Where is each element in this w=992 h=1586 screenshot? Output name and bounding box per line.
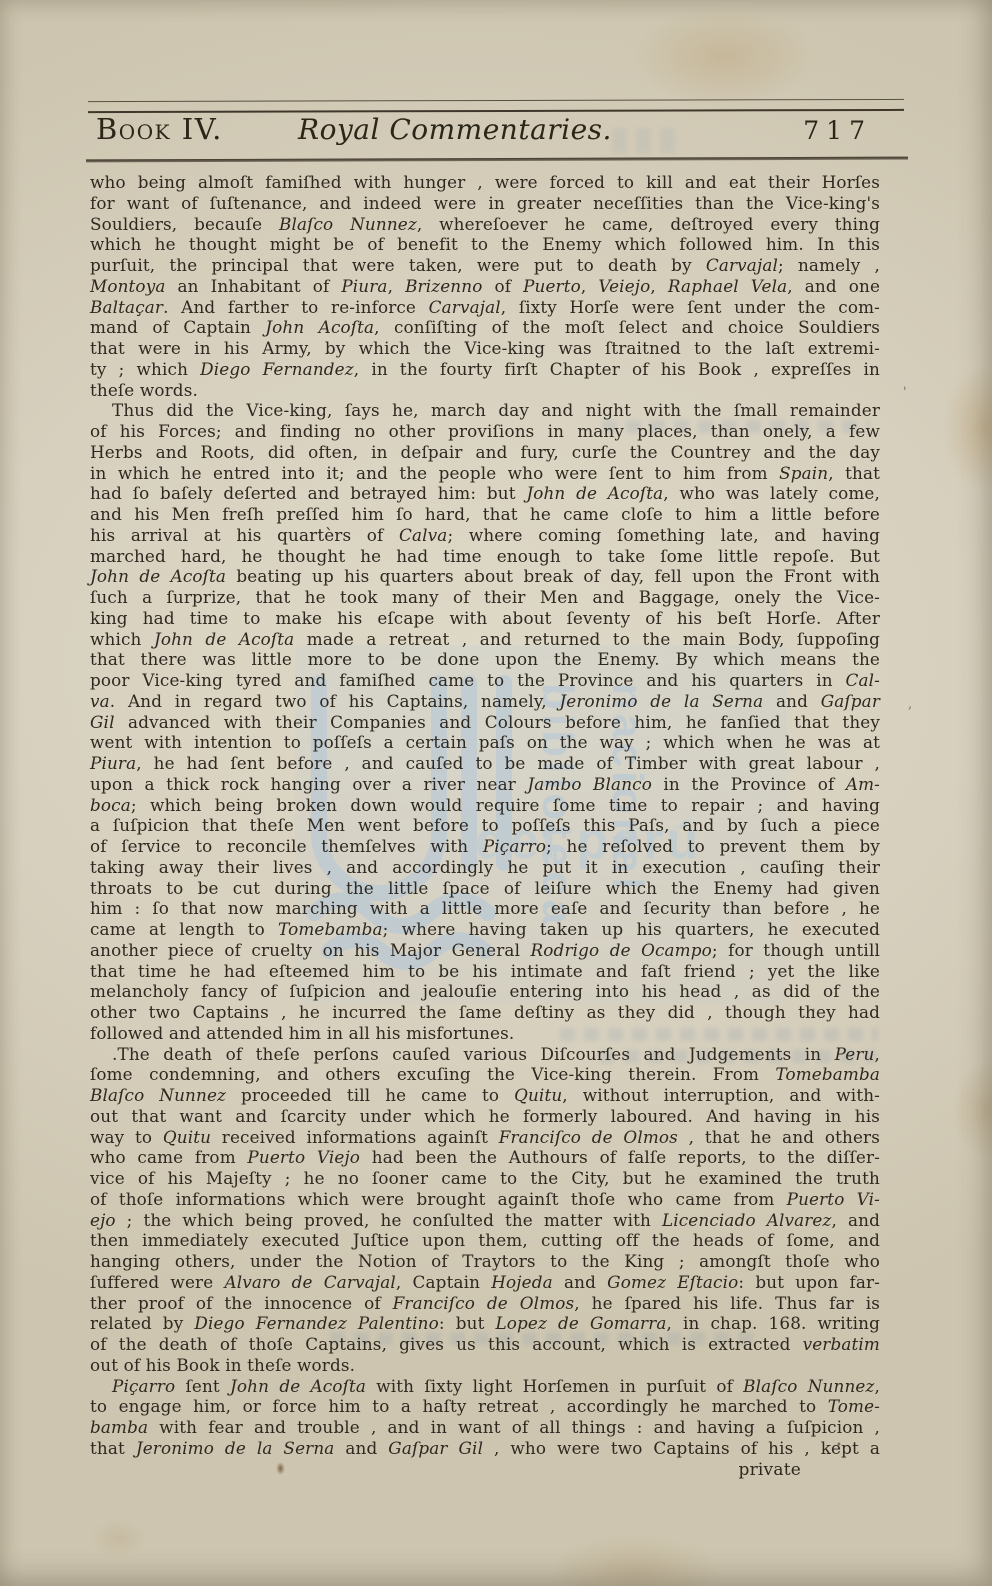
text-line: of ſervice to reconcile themſelves with …	[90, 836, 880, 857]
italic-text-run: Tome-	[828, 1396, 880, 1416]
italic-text-run: Piçarro	[483, 836, 546, 856]
italic-text-run: Hojeda	[491, 1272, 553, 1292]
text-run: who being almoſt famiſhed with hunger , …	[90, 172, 880, 192]
italic-text-run: Alvaro de Carvajal	[224, 1272, 395, 1292]
italic-text-run: Gaſpar	[821, 691, 880, 711]
text-line: for want of ſuſtenance, and indeed were …	[90, 193, 880, 214]
text-line: marched hard, he thought he had time eno…	[90, 546, 880, 567]
italic-text-run: Franciſco de Olmos	[499, 1127, 678, 1147]
italic-text-run: Carvajal	[429, 297, 501, 317]
book-label: Book IV.	[88, 112, 223, 146]
text-run: hanging others, under the Notion of Tray…	[90, 1251, 880, 1271]
text-run: other two Captains , he incurred the ſam…	[90, 1002, 880, 1022]
text-run: theſe words.	[90, 380, 198, 400]
text-run: , conſiſting of the moſt ſelect and choi…	[374, 317, 880, 337]
text-line: Herbs and Roots, did often, in deſpair a…	[90, 442, 880, 463]
text-run: , he had ſent before , and cauſed to be …	[136, 753, 880, 773]
italic-text-run: Lopez de Gomarra	[495, 1313, 666, 1333]
text-line: then immediately executed Juſtice upon t…	[90, 1230, 880, 1251]
text-line: vice of his Majeſty ; he no ſooner came …	[90, 1168, 880, 1189]
italic-text-run: John de Acoſta	[230, 1376, 366, 1396]
italic-text-run: Brizenno	[405, 276, 482, 296]
text-run: , and one	[787, 276, 880, 296]
paragraph: .The death of theſe perſons cauſed vario…	[90, 1044, 880, 1376]
italic-text-run: John de Acoſta	[154, 629, 294, 649]
text-run: : but	[439, 1313, 496, 1333]
text-line: Blaſco Nunnez proceeded till he came to …	[90, 1085, 880, 1106]
text-line: to engage him, or force him to a haſty r…	[90, 1396, 880, 1417]
text-line: Baltaçar. And farther to re-inforce Carv…	[90, 297, 880, 318]
text-run: , Captain	[396, 1272, 491, 1292]
italic-text-run: Carvajal	[706, 255, 778, 275]
italic-text-run: Gomez Eſtacio	[607, 1272, 738, 1292]
text-line: boca; which being broken down would requ…	[90, 795, 880, 816]
italic-text-run: John Acoſta	[265, 317, 374, 337]
text-run: ,	[388, 276, 405, 296]
italic-text-run: Jeronimo de la Serna	[559, 691, 763, 711]
text-run: way to	[90, 1127, 163, 1147]
text-run: of	[482, 276, 523, 296]
text-run: followed and attended him in all his mis…	[90, 1023, 514, 1043]
text-run: throats to be cut during the little ſpac…	[90, 878, 880, 898]
text-run: ; where having taken up his quarters, he…	[383, 919, 880, 939]
ink-speck: '	[812, 1008, 816, 1021]
text-run: , ſixty Horſe were ſent under the com-	[501, 297, 880, 317]
text-line: Souldiers, becauſe Blaſco Nunnez, whereſ…	[90, 214, 880, 235]
text-run: which he thought might be of benefit to …	[90, 234, 880, 254]
text-line: Thus did the Vice-king, ſays he, march d…	[90, 400, 880, 421]
italic-text-run: Baltaçar	[90, 297, 163, 317]
paragraph: Piçarro ſent John de Acoſta with ſixty l…	[90, 1376, 880, 1459]
text-line: another piece of cruelty on his Major Ge…	[90, 940, 880, 961]
text-line: who came from Puerto Viejo had been the …	[90, 1147, 880, 1168]
text-run: , without interruption, and with-	[562, 1085, 880, 1105]
italic-text-run: Calva	[399, 525, 447, 545]
text-line: theſe words.	[90, 380, 880, 401]
italic-text-run: Franciſco de Olmos	[393, 1293, 575, 1313]
text-run: of thoſe informations which were brought…	[90, 1189, 787, 1209]
text-run: of his Forces; and finding no other prov…	[90, 421, 880, 441]
text-line: out of his Book in theſe words.	[90, 1355, 880, 1376]
text-run: ; namely ,	[778, 255, 880, 275]
text-run: ; which being broken down would require …	[131, 795, 880, 815]
text-run: mand of Captain	[90, 317, 265, 337]
italic-text-run: Licenciado Alvarez	[662, 1210, 832, 1230]
text-run: , who were two Captains of his , kept a	[483, 1438, 880, 1458]
text-line: that there was little more to be done up…	[90, 649, 880, 670]
text-line: hanging others, under the Notion of Tray…	[90, 1251, 880, 1272]
text-line: ther proof of the innocence of Franciſco…	[90, 1293, 880, 1314]
text-run: ; the which being proved, he conſulted t…	[116, 1210, 662, 1230]
text-line: Piura, he had ſent before , and cauſed t…	[90, 753, 880, 774]
italic-text-run: Tomebamba	[278, 919, 383, 939]
text-run: ,	[875, 1376, 880, 1396]
italic-text-run: Montoya	[90, 276, 165, 296]
italic-text-run: Cal-	[846, 670, 880, 690]
text-run: ; he reſolved to prevent them by	[546, 836, 880, 856]
text-line: ſome condemning, and others excuſing the…	[90, 1064, 880, 1085]
text-run: ,	[581, 276, 598, 296]
italic-text-run: la Serna	[257, 1438, 335, 1458]
ink-speck: •	[836, 1441, 842, 1451]
text-line: of thoſe informations which were brought…	[90, 1189, 880, 1210]
text-run: ty ; which	[90, 359, 200, 379]
text-run: melancholy fancy of ſuſpicion and jealou…	[90, 981, 880, 1001]
italic-text-run: Puerto Vi-	[787, 1189, 880, 1209]
text-line: va. And in regard two of his Captains, n…	[90, 691, 880, 712]
text-run: which	[90, 629, 154, 649]
text-run: and	[334, 1438, 388, 1458]
italic-text-run: Am-	[846, 774, 880, 794]
text-line: that Jeronimo de la Serna and Gaſpar Gil…	[90, 1438, 880, 1459]
text-line: who being almoſt famiſhed with hunger , …	[90, 172, 880, 193]
text-run: with fear and trouble , and in want of a…	[148, 1417, 880, 1437]
text-line: followed and attended him in all his mis…	[90, 1023, 880, 1044]
text-line: in which he entred into it; and the peop…	[90, 463, 880, 484]
text-line: a ſuſpicion that theſe Men went before t…	[90, 815, 880, 836]
italic-text-run: Jambo Blanco	[527, 774, 652, 794]
text-run: ,	[650, 276, 667, 296]
italic-text-run: John de Acoſta	[526, 483, 663, 503]
text-run: poor Vice-king tyred and famiſhed came t…	[90, 670, 846, 690]
text-run: a ſuſpicion that theſe Men went before t…	[90, 815, 880, 835]
text-run: made a retreat , and returned to the mai…	[294, 629, 880, 649]
text-line: king had time to make his eſcape with ab…	[90, 608, 880, 629]
text-run: upon a thick rock hanging over a river n…	[90, 774, 527, 794]
text-line: Montoya an Inhabitant of Piura, Brizenno…	[90, 276, 880, 297]
text-run: to engage him, or force him to a haſty r…	[90, 1396, 828, 1416]
italic-text-run: Quitu	[163, 1127, 211, 1147]
text-run: ther proof of the innocence of	[90, 1293, 393, 1313]
text-run: his arrival at his quartèrs of	[90, 525, 399, 545]
italic-text-run: Gil	[90, 712, 115, 732]
text-block: who being almoſt famiſhed with hunger , …	[90, 172, 880, 1459]
text-run: purſuit, the principal that were taken, …	[90, 255, 706, 275]
italic-text-run: Puerto Viejo	[247, 1147, 360, 1167]
text-line: went with intention to poſſeſs a certain…	[90, 732, 880, 753]
page-header: Book IV. Royal Commentaries. 717	[88, 112, 906, 146]
text-line: taking away their lives , and accordingl…	[90, 857, 880, 878]
text-line: mand of Captain John Acoſta, conſiſting …	[90, 317, 880, 338]
text-line: purſuit, the principal that were taken, …	[90, 255, 880, 276]
text-run: him : ſo that now marching with a little…	[90, 898, 880, 918]
text-run: ſuch a ſurprize, that he took many of th…	[90, 587, 880, 607]
text-run: , that he and others	[678, 1127, 880, 1147]
text-run: out of his Book in theſe words.	[90, 1355, 355, 1375]
text-line: John de Acoſta beating up his quarters a…	[90, 566, 880, 587]
italic-text-run: Peru	[835, 1044, 875, 1064]
running-title: Royal Commentaries.	[298, 113, 612, 146]
italic-text-run: bamba	[90, 1417, 148, 1437]
text-run: .The death of theſe perſons cauſed vario…	[112, 1044, 835, 1064]
text-run: beating up his quarters about break of d…	[226, 566, 880, 586]
italic-text-run: Blaſco Nunnez	[90, 1085, 226, 1105]
text-line: him : ſo that now marching with a little…	[90, 898, 880, 919]
text-run: came at length to	[90, 919, 278, 939]
text-line: way to Quitu received informations again…	[90, 1127, 880, 1148]
text-run: in which he entred into it; and the peop…	[90, 463, 779, 483]
text-run: ; where coming ſomething late, and havin…	[447, 525, 880, 545]
text-run: : but upon far-	[738, 1272, 880, 1292]
italic-text-run: boca	[90, 795, 131, 815]
text-run: Thus did the Vice-king, ſays he, march d…	[112, 400, 880, 420]
italic-text-run: Tomebamba	[775, 1064, 880, 1084]
italic-text-run: Spain	[779, 463, 828, 483]
italic-text-run: Diego Fernandez Palentino	[194, 1313, 439, 1333]
text-line: other two Captains , he incurred the ſam…	[90, 1002, 880, 1023]
text-run: another piece of cruelty on his Major Ge…	[90, 940, 531, 960]
text-line: had ſo baſely deſerted and betrayed him:…	[90, 483, 880, 504]
italic-text-run: Piura	[341, 276, 387, 296]
italic-text-run: Piura	[90, 753, 136, 773]
text-line: Gil advanced with their Companies and Co…	[90, 712, 880, 733]
text-run: then immediately executed Juſtice upon t…	[90, 1230, 880, 1250]
italic-text-run: Piçarro	[112, 1376, 175, 1396]
text-run: of the death of thoſe Captains, gives us…	[90, 1334, 803, 1354]
italic-text-run: Gaſpar Gil	[388, 1438, 483, 1458]
text-run: out that want and ſcarcity under which h…	[90, 1106, 880, 1126]
text-run: had ſo baſely deſerted and betrayed him:…	[90, 483, 526, 503]
text-run: had been the Authours of falſe reports, …	[360, 1147, 880, 1167]
text-line: which he thought might be of benefit to …	[90, 234, 880, 255]
text-line: came at length to Tomebamba; where havin…	[90, 919, 880, 940]
text-line: of the death of thoſe Captains, gives us…	[90, 1334, 880, 1355]
italic-text-run: Blaſco Nunnez	[279, 214, 417, 234]
text-run: Herbs and Roots, did often, in deſpair a…	[90, 442, 880, 462]
text-run: . And in regard two of his Captains, nam…	[110, 691, 560, 711]
paragraph: Thus did the Vice-king, ſays he, march d…	[90, 400, 880, 1043]
text-run: and	[763, 691, 820, 711]
text-run: and	[553, 1272, 607, 1292]
text-line: upon a thick rock hanging over a river n…	[90, 774, 880, 795]
text-run: , in chap. 168. writing	[667, 1313, 880, 1333]
ink-blot	[276, 1462, 285, 1475]
text-run: in the Province of	[652, 774, 846, 794]
text-run: . And farther to re-inforce	[163, 297, 429, 317]
text-run: ſent	[175, 1376, 230, 1396]
text-line: out that want and ſcarcity under which h…	[90, 1106, 880, 1127]
text-run: king had time to make his eſcape with ab…	[90, 608, 880, 628]
text-run: ; for though untill	[712, 940, 880, 960]
text-line: which John de Acoſta made a retreat , an…	[90, 629, 880, 650]
text-line: Piçarro ſent John de Acoſta with ſixty l…	[90, 1376, 880, 1397]
text-line: throats to be cut during the little ſpac…	[90, 878, 880, 899]
text-line: ſuffered were Alvaro de Carvajal, Captai…	[90, 1272, 880, 1293]
text-run: ſome condemning, and others excuſing the…	[90, 1064, 775, 1084]
text-run: , whereſoever he came, deſtroyed every t…	[417, 214, 880, 234]
text-run: , in the fourty firſt Chapter of his Boo…	[354, 359, 880, 379]
text-run: and his Men freſh preſſed him ſo hard, t…	[90, 504, 880, 524]
text-run: , that	[828, 463, 880, 483]
text-run: that	[90, 1438, 136, 1458]
text-run: of ſervice to reconcile themſelves with	[90, 836, 483, 856]
text-line: poor Vice-king tyred and famiſhed came t…	[90, 670, 880, 691]
text-line: and his Men freſh preſſed him ſo hard, t…	[90, 504, 880, 525]
text-run: advanced with their Companies and Colour…	[115, 712, 880, 732]
text-run: that were in his Army, by which the Vice…	[90, 338, 880, 358]
text-run: that there was little more to be done up…	[90, 649, 880, 669]
italic-text-run: Diego Fernandez	[200, 359, 354, 379]
italic-text-run: Quitu	[514, 1085, 562, 1105]
italic-text-run: Rodrigo de Ocampo	[531, 940, 712, 960]
paragraph: who being almoſt famiſhed with hunger , …	[90, 172, 880, 400]
text-run: vice of his Majeſty ; he no ſooner came …	[90, 1168, 880, 1188]
text-line: that were in his Army, by which the Vice…	[90, 338, 880, 359]
text-run: marched hard, he thought he had time eno…	[90, 546, 880, 566]
ink-speck: '	[903, 386, 907, 399]
text-line: .The death of theſe perſons cauſed vario…	[90, 1044, 880, 1065]
text-run: that time he had eſteemed him to be his …	[90, 961, 880, 981]
header-top-rule	[88, 99, 904, 113]
italic-text-run: ejo	[90, 1210, 116, 1230]
text-line: related by Diego Fernandez Palentino: bu…	[90, 1313, 880, 1334]
page-number: 717	[803, 116, 906, 145]
italic-text-run: Blaſco Nunnez	[743, 1376, 874, 1396]
text-run: taking away their lives , and accordingl…	[90, 857, 880, 877]
text-run: proceeded till he came to	[226, 1085, 514, 1105]
text-line: of his Forces; and finding no other prov…	[90, 421, 880, 442]
text-line: ty ; which Diego Fernandez, in the fourt…	[90, 359, 880, 380]
italic-text-run: Raphael Vela	[668, 276, 787, 296]
text-line: ſuch a ſurprize, that he took many of th…	[90, 587, 880, 608]
text-run: , and	[832, 1210, 880, 1230]
text-line: that time he had eſteemed him to be his …	[90, 961, 880, 982]
text-run: received informations againſt	[211, 1127, 499, 1147]
text-run: Souldiers, becauſe	[90, 214, 279, 234]
italic-text-run: Veiejo	[598, 276, 650, 296]
catchword: private	[739, 1460, 801, 1480]
text-line: his arrival at his quartèrs of Calva; wh…	[90, 525, 880, 546]
text-run: with ſixty light Horſemen in purſuit of	[366, 1376, 743, 1396]
text-run: ſuffered were	[90, 1272, 224, 1292]
text-line: ejo ; the which being proved, he conſult…	[90, 1210, 880, 1231]
text-line: melancholy fancy of ſuſpicion and jealou…	[90, 981, 880, 1002]
text-run: related by	[90, 1313, 194, 1333]
italic-text-run: verbatim	[803, 1334, 880, 1354]
text-run: for want of ſuſtenance, and indeed were …	[90, 193, 880, 213]
text-line: bamba with fear and trouble , and in wan…	[90, 1417, 880, 1438]
italic-text-run: Jeronimo de	[136, 1438, 257, 1458]
italic-text-run: John de Acoſta	[90, 566, 226, 586]
ink-speck: ,	[908, 698, 912, 711]
italic-text-run: va	[90, 691, 110, 711]
italic-text-run: Puerto	[523, 276, 581, 296]
text-run: went with intention to poſſeſs a certain…	[90, 732, 880, 752]
text-run: , he ſpared his life. Thus far is	[574, 1293, 880, 1313]
text-run: who came from	[90, 1147, 247, 1167]
text-run: an Inhabitant of	[165, 276, 341, 296]
text-run: , who was lately come,	[663, 483, 880, 503]
text-run: ,	[875, 1044, 880, 1064]
